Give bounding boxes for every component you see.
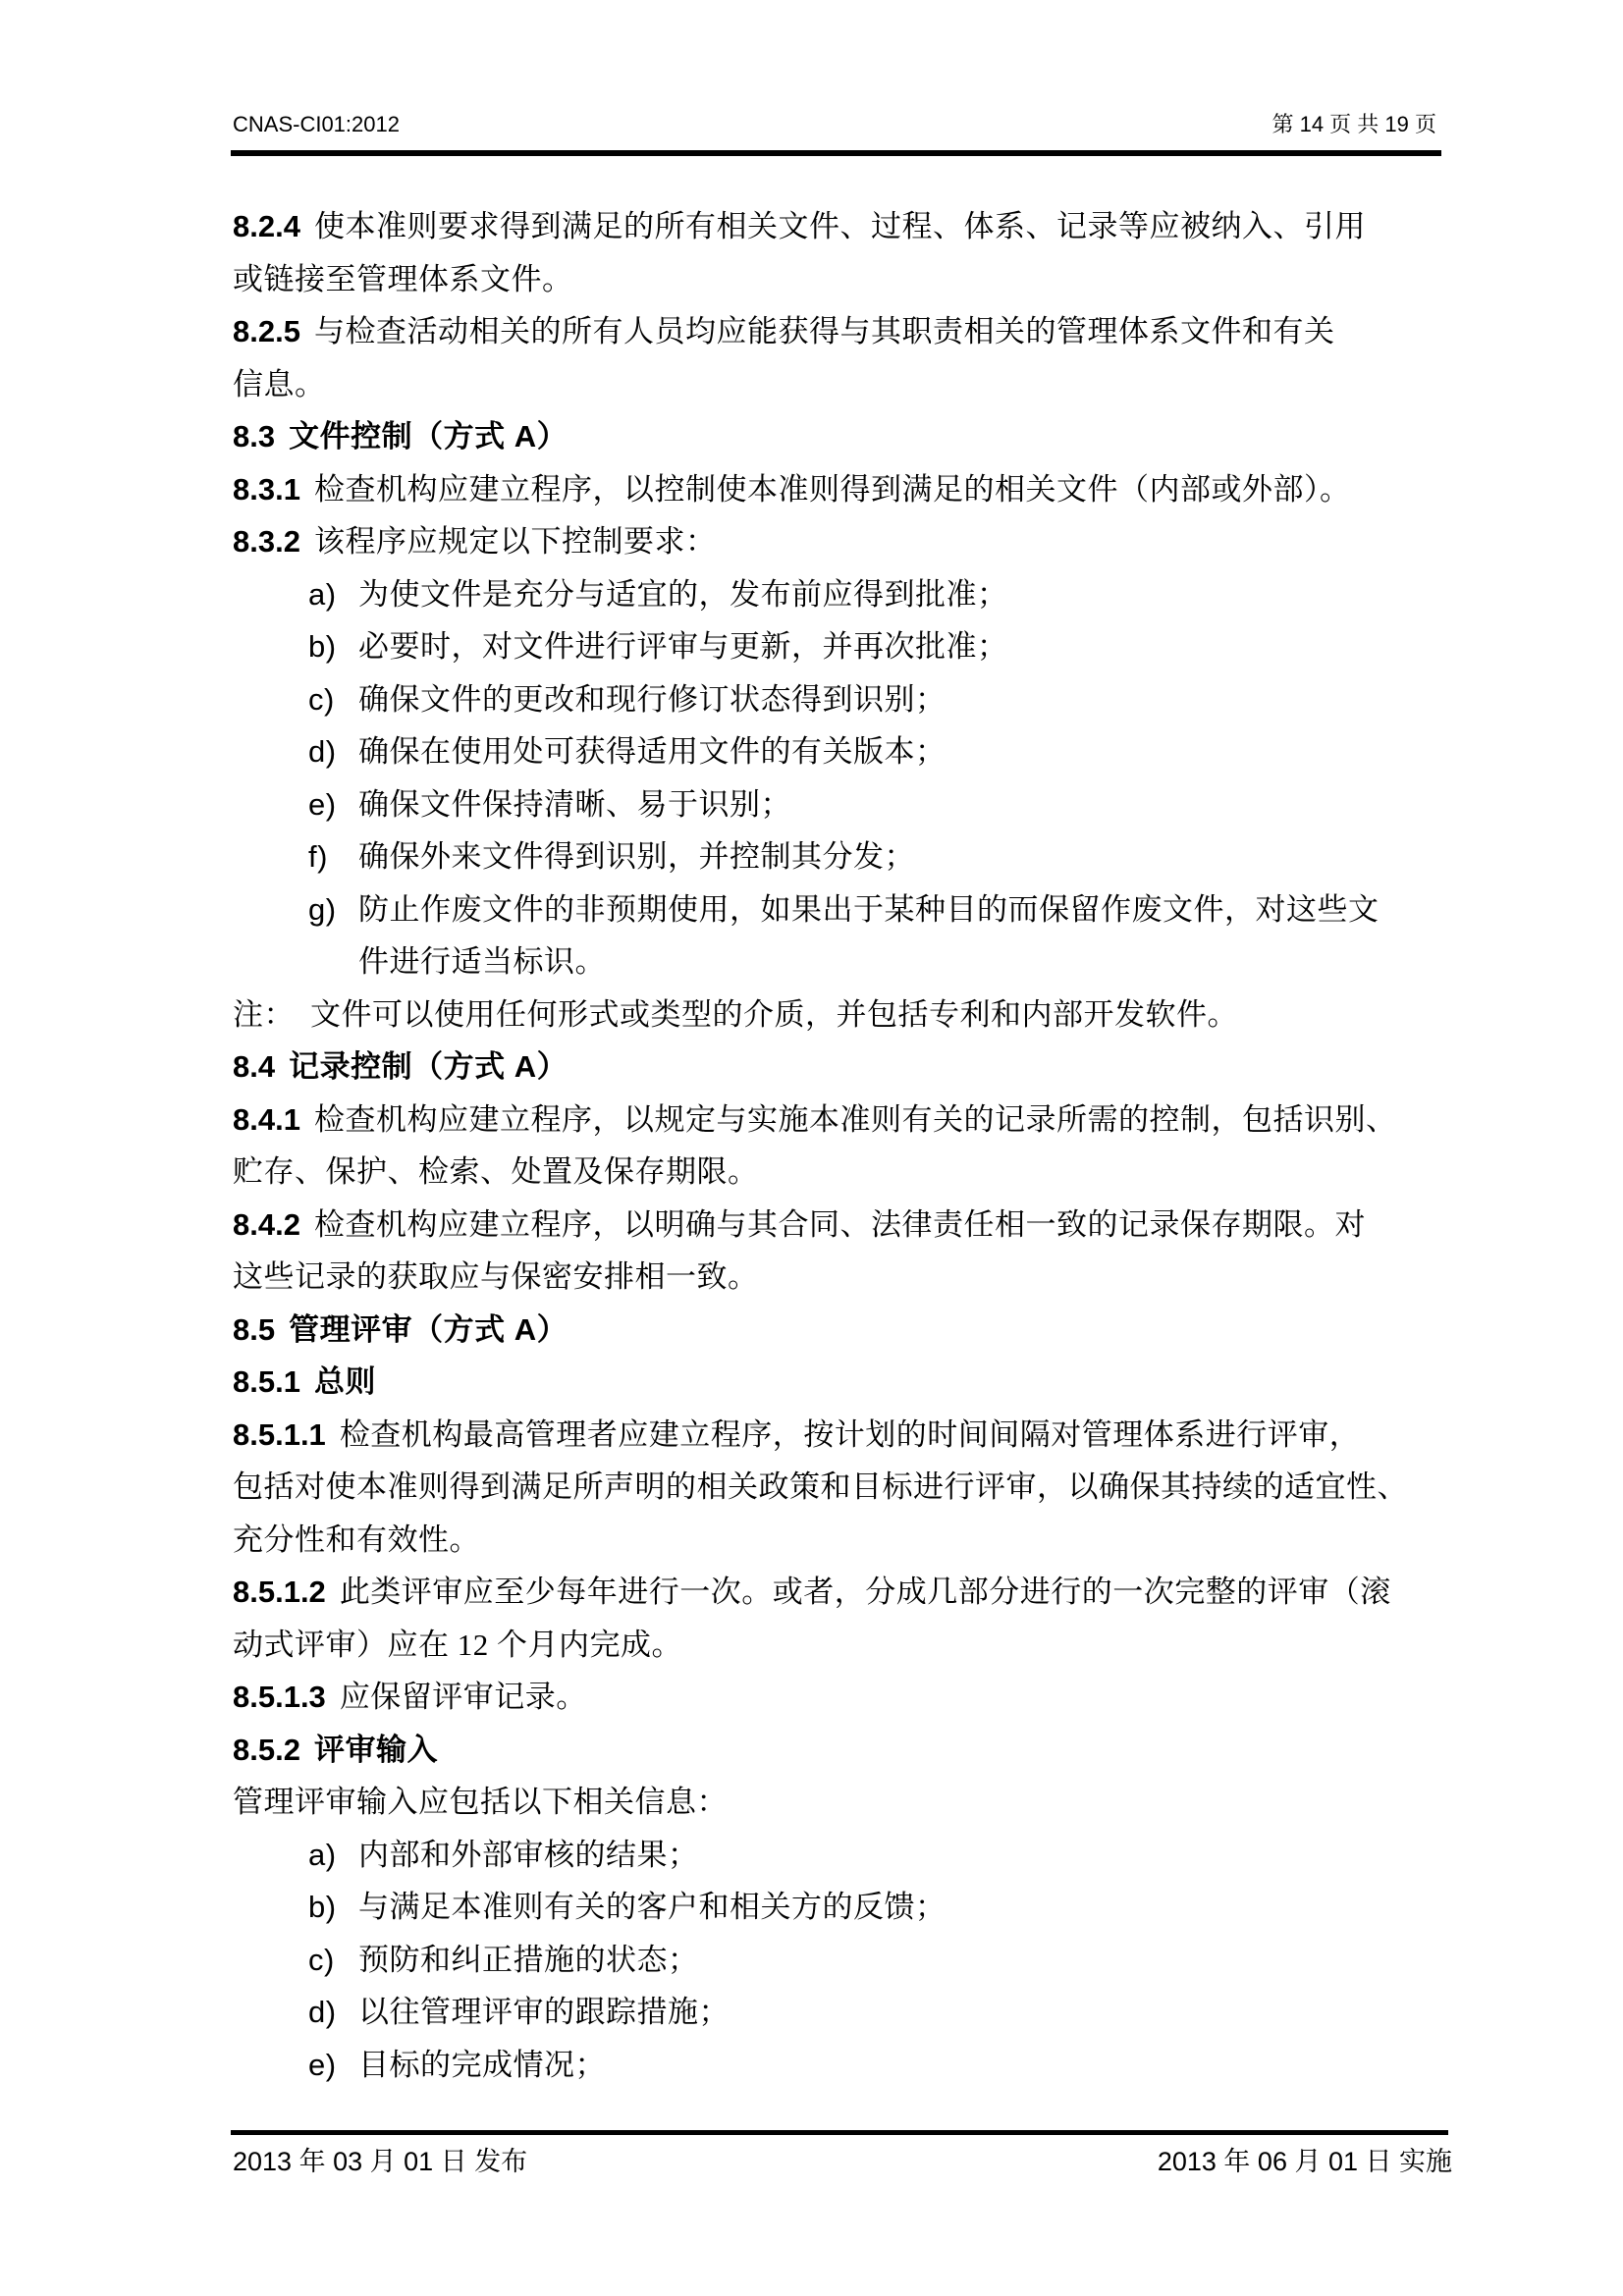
- page-footer: 2013 年 03 月 01 日 发布 2013 年 06 月 01 日 实施: [233, 2143, 1452, 2180]
- list-item-text: 确保文件保持清晰、易于识别；: [358, 778, 1450, 831]
- list-marker: e): [308, 2039, 358, 2092]
- clause-paragraph: 8.5.1.1检查机构最高管理者应建立程序，按计划的时间间隔对管理体系进行评审，…: [233, 1409, 1450, 1567]
- clause-number: 8.5: [233, 1312, 275, 1347]
- list-marker: b): [308, 1881, 358, 1934]
- list-block: a)内部和外部审核的结果；b)与满足本准则有关的客户和相关方的反馈；c)预防和纠…: [233, 1829, 1450, 2092]
- list-block: a)为使文件是充分与适宜的，发布前应得到批准；b)必要时，对文件进行评审与更新，…: [233, 568, 1450, 988]
- list-marker: e): [308, 778, 358, 831]
- paragraph-text: 总则: [314, 1364, 376, 1399]
- clause-paragraph: 8.5.1.2此类评审应至少每年进行一次。或者，分成几部分进行的一次完整的评审（…: [233, 1566, 1450, 1671]
- list-item: e)确保文件保持清晰、易于识别；: [233, 778, 1450, 831]
- list-item: d)确保在使用处可获得适用文件的有关版本；: [233, 725, 1450, 778]
- list-marker: d): [308, 1986, 358, 2039]
- paragraph-text: 管理评审输入应包括以下相关信息：: [233, 1785, 728, 1819]
- section-heading: 8.5.1总则: [233, 1356, 1450, 1409]
- clause-number: 8.3: [233, 419, 275, 454]
- paragraph-text: 记录控制（方式 A）: [289, 1049, 568, 1084]
- note-paragraph: 注：文件可以使用任何形式或类型的介质，并包括专利和内部开发软件。: [233, 988, 1450, 1041]
- list-marker: c): [308, 673, 358, 726]
- section-heading: 8.5.2评审输入: [233, 1724, 1450, 1777]
- clause-paragraph: 8.5.1.3应保留评审记录。: [233, 1671, 1450, 1724]
- section-heading: 8.3文件控制（方式 A）: [233, 410, 1450, 463]
- clause-paragraph: 8.4.1检查机构应建立程序，以规定与实施本准则有关的记录所需的控制，包括识别、…: [233, 1094, 1450, 1199]
- section-heading: 8.5管理评审（方式 A）: [233, 1304, 1450, 1357]
- clause-number: 8.4.1: [233, 1102, 300, 1137]
- paragraph-text: 检查机构应建立程序，以规定与实施本准则有关的记录所需的控制，包括识别、 贮存、保…: [233, 1102, 1396, 1190]
- list-marker: d): [308, 725, 358, 778]
- clause-number: 8.2.5: [233, 314, 300, 348]
- list-item-text: 防止作废文件的非预期使用，如果出于某种目的而保留作废文件，对这些文 件进行适当标…: [358, 883, 1450, 988]
- document-page: CNAS-CI01:2012 第 14 页 共 19 页 8.2.4使本准则要求…: [0, 0, 1623, 2296]
- list-item-text: 确保在使用处可获得适用文件的有关版本；: [358, 725, 1450, 778]
- list-marker: f): [308, 830, 358, 883]
- clause-number: 8.3.1: [233, 472, 300, 507]
- paragraph-text: 使本准则要求得到满足的所有相关文件、过程、体系、记录等应被纳入、引用 或链接至管…: [233, 209, 1366, 296]
- list-item: e)目标的完成情况；: [233, 2039, 1450, 2092]
- page-header: CNAS-CI01:2012 第 14 页 共 19 页: [233, 110, 1436, 139]
- clause-paragraph: 8.3.1检查机构应建立程序，以控制使本准则得到满足的相关文件（内部或外部）。: [233, 463, 1450, 516]
- list-item: c)预防和纠正措施的状态；: [233, 1934, 1450, 1987]
- clause-number: 8.5.2: [233, 1733, 300, 1767]
- list-marker: g): [308, 883, 358, 988]
- list-item-text: 目标的完成情况；: [358, 2039, 1450, 2092]
- list-item-text: 确保文件的更改和现行修订状态得到识别；: [358, 673, 1450, 726]
- list-marker: c): [308, 1934, 358, 1987]
- section-heading: 8.4记录控制（方式 A）: [233, 1041, 1450, 1094]
- list-item-text: 预防和纠正措施的状态；: [358, 1934, 1450, 1987]
- list-item-text: 与满足本准则有关的客户和相关方的反馈；: [358, 1881, 1450, 1934]
- intro-paragraph: 管理评审输入应包括以下相关信息：: [233, 1776, 1450, 1829]
- header-rule: [231, 150, 1441, 156]
- publish-date: 2013 年 03 月 01 日 发布: [233, 2143, 527, 2180]
- clause-number: 8.5.1: [233, 1364, 300, 1399]
- paragraph-text: 检查机构应建立程序，以控制使本准则得到满足的相关文件（内部或外部）。: [314, 472, 1351, 507]
- clause-paragraph: 8.3.2该程序应规定以下控制要求：: [233, 515, 1450, 568]
- note-label: 注：: [233, 997, 295, 1032]
- paragraph-text: 管理评审（方式 A）: [289, 1312, 568, 1347]
- paragraph-text: 文件控制（方式 A）: [289, 419, 568, 454]
- list-item: b)与满足本准则有关的客户和相关方的反馈；: [233, 1881, 1450, 1934]
- doc-code: CNAS-CI01:2012: [233, 110, 400, 139]
- clause-number: 8.3.2: [233, 524, 300, 559]
- clause-number: 8.4.2: [233, 1207, 300, 1242]
- list-item-text: 确保外来文件得到识别，并控制其分发；: [358, 830, 1450, 883]
- clause-paragraph: 8.2.5与检查活动相关的所有人员均应能获得与其职责相关的管理体系文件和有关 信…: [233, 305, 1450, 410]
- list-marker: a): [308, 1829, 358, 1882]
- paragraph-text: 与检查活动相关的所有人员均应能获得与其职责相关的管理体系文件和有关 信息。: [233, 314, 1334, 401]
- paragraph-text: 评审输入: [314, 1733, 438, 1767]
- paragraph-text: 检查机构应建立程序，以明确与其合同、法律责任相一致的记录保存期限。对 这些记录的…: [233, 1207, 1366, 1295]
- list-marker: a): [308, 568, 358, 621]
- list-item: a)内部和外部审核的结果；: [233, 1829, 1450, 1882]
- clause-paragraph: 8.2.4使本准则要求得到满足的所有相关文件、过程、体系、记录等应被纳入、引用 …: [233, 200, 1450, 305]
- clause-number: 8.5.1.3: [233, 1680, 326, 1714]
- page-indicator: 第 14 页 共 19 页: [1271, 110, 1436, 139]
- clause-number: 8.5.1.2: [233, 1575, 326, 1609]
- document-body: 8.2.4使本准则要求得到满足的所有相关文件、过程、体系、记录等应被纳入、引用 …: [233, 200, 1450, 2091]
- list-marker: b): [308, 620, 358, 673]
- paragraph-text: 该程序应规定以下控制要求：: [314, 524, 717, 559]
- paragraph-text: 文件可以使用任何形式或类型的介质，并包括专利和内部开发软件。: [310, 997, 1238, 1032]
- list-item-text: 为使文件是充分与适宜的，发布前应得到批准；: [358, 568, 1450, 621]
- paragraph-text: 检查机构最高管理者应建立程序，按计划的时间间隔对管理体系进行评审， 包括对使本准…: [233, 1417, 1408, 1557]
- paragraph-text: 应保留评审记录。: [340, 1680, 587, 1714]
- list-item-text: 以往管理评审的跟踪措施；: [358, 1986, 1450, 2039]
- list-item-text: 必要时，对文件进行评审与更新，并再次批准；: [358, 620, 1450, 673]
- list-item: c)确保文件的更改和现行修订状态得到识别；: [233, 673, 1450, 726]
- list-item: f)确保外来文件得到识别，并控制其分发；: [233, 830, 1450, 883]
- list-item: b)必要时，对文件进行评审与更新，并再次批准；: [233, 620, 1450, 673]
- paragraph-text: 此类评审应至少每年进行一次。或者，分成几部分进行的一次完整的评审（滚 动式评审）…: [233, 1575, 1391, 1662]
- implement-date: 2013 年 06 月 01 日 实施: [1158, 2143, 1452, 2180]
- clause-number: 8.4: [233, 1049, 275, 1084]
- clause-number: 8.2.4: [233, 209, 300, 243]
- list-item: d)以往管理评审的跟踪措施；: [233, 1986, 1450, 2039]
- list-item-text: 内部和外部审核的结果；: [358, 1829, 1450, 1882]
- footer-rule: [231, 2130, 1448, 2135]
- clause-paragraph: 8.4.2检查机构应建立程序，以明确与其合同、法律责任相一致的记录保存期限。对 …: [233, 1199, 1450, 1304]
- clause-number: 8.5.1.1: [233, 1417, 326, 1452]
- list-item: g)防止作废文件的非预期使用，如果出于某种目的而保留作废文件，对这些文 件进行适…: [233, 883, 1450, 988]
- list-item: a)为使文件是充分与适宜的，发布前应得到批准；: [233, 568, 1450, 621]
